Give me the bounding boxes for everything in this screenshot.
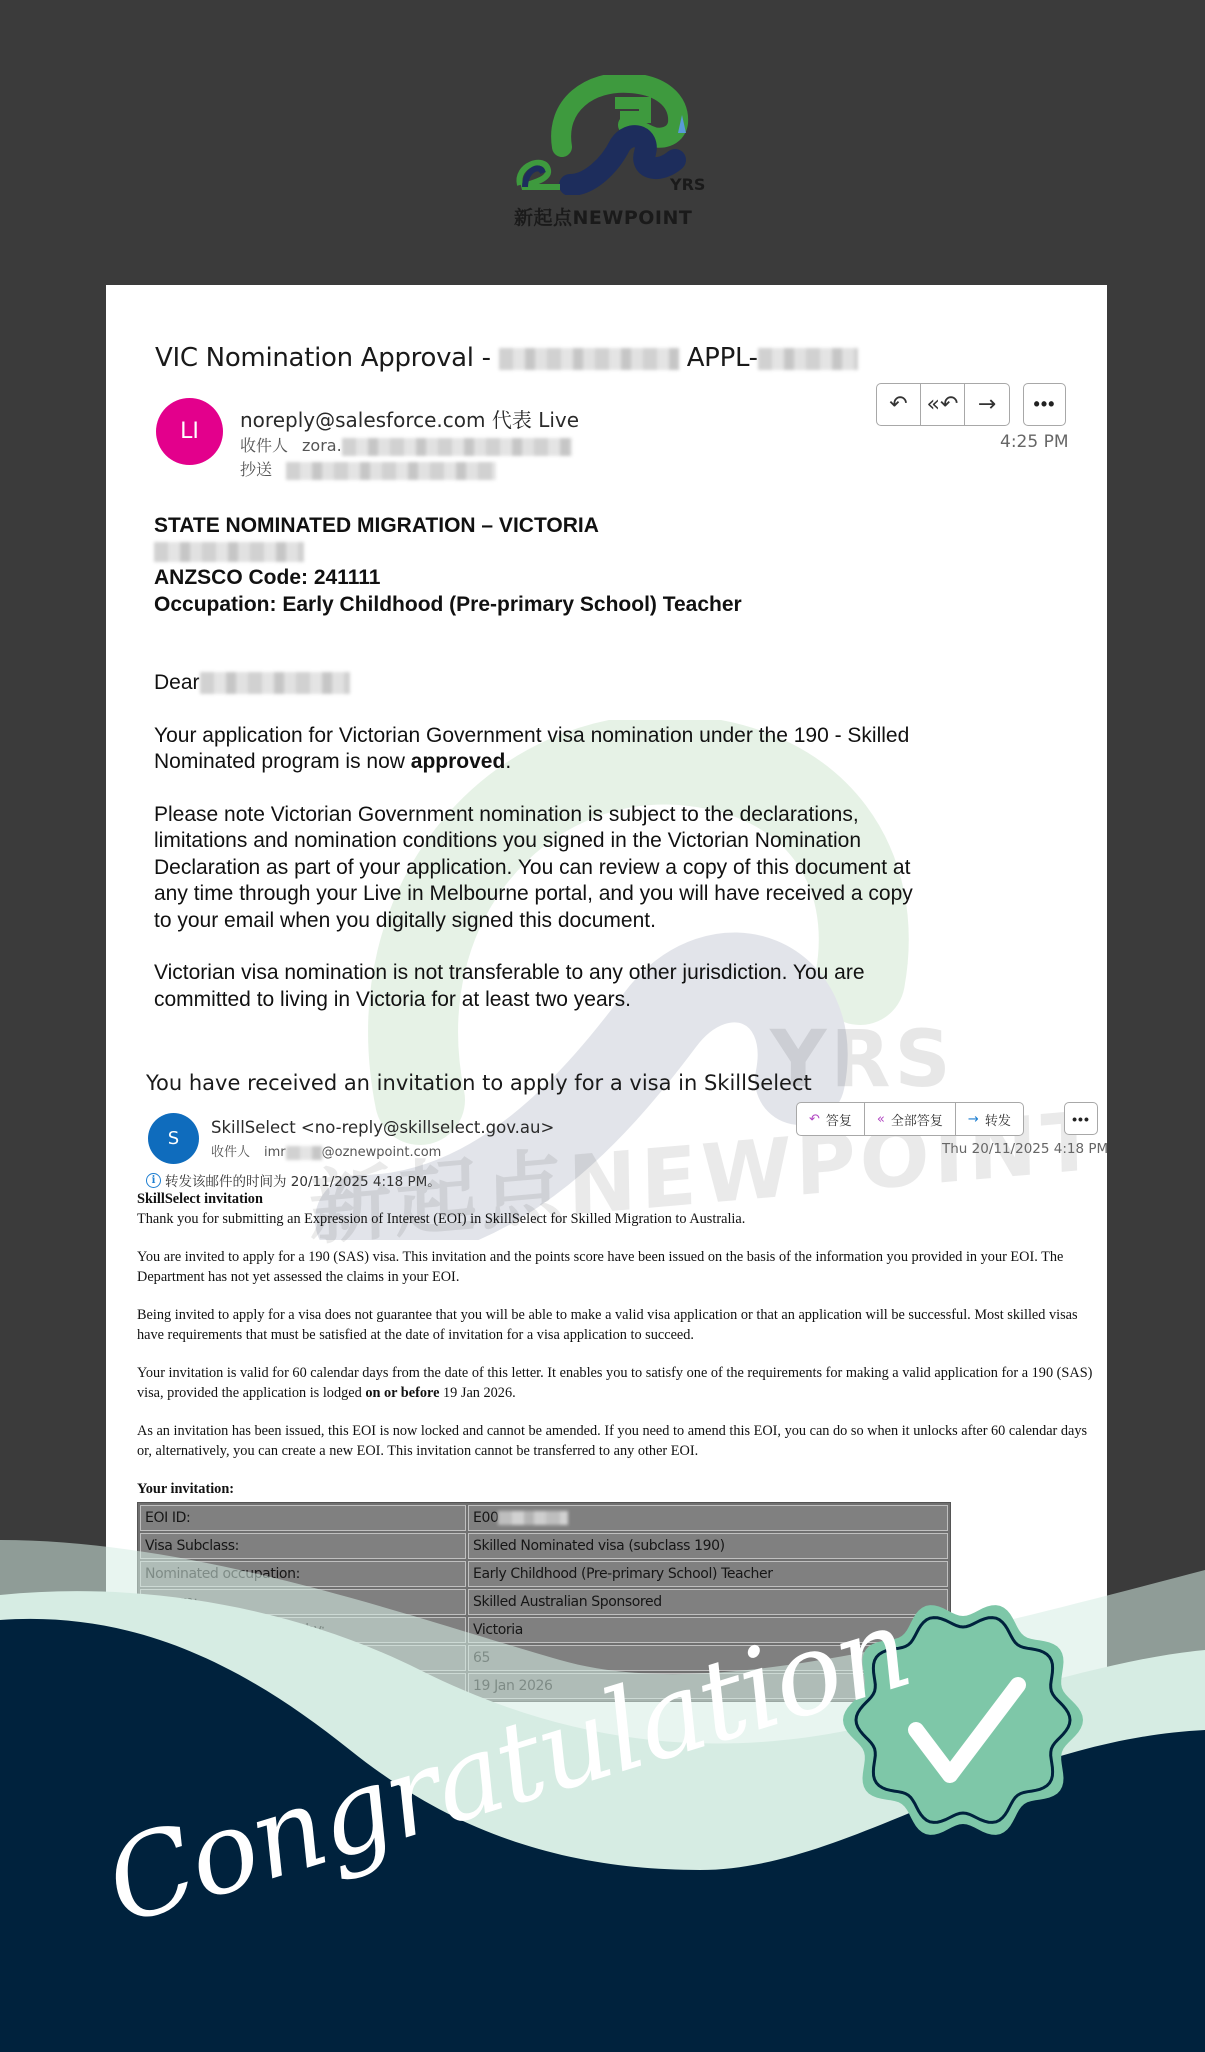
anzsco-code: ANZSCO Code: 241111 xyxy=(154,564,914,591)
invitation-value: Early Childhood (Pre-primary School) Tea… xyxy=(468,1561,948,1587)
email2-recipient: 收件人imr@oznewpoint.com xyxy=(211,1141,441,1160)
email2-action-group: ↶答复 «全部答复 →转发 xyxy=(796,1102,1024,1136)
invitation-row: Nominated occupation:Early Childhood (Pr… xyxy=(140,1561,948,1587)
greeting: Dear xyxy=(154,670,914,697)
redacted-name xyxy=(154,542,304,562)
email1-body: STATE NOMINATED MIGRATION – VICTORIA ANZ… xyxy=(154,512,914,1013)
body-paragraph: As an invitation has been issued, this E… xyxy=(137,1422,1097,1461)
logo-text: 新起点NEWPOINT xyxy=(514,203,692,230)
occupation: Occupation: Early Childhood (Pre-primary… xyxy=(154,591,914,618)
reply-button[interactable]: ↶ xyxy=(877,384,921,425)
reply-icon: ↶ xyxy=(809,1112,820,1127)
sender-avatar: LI xyxy=(156,398,223,465)
forward-button[interactable]: →转发 xyxy=(956,1103,1023,1135)
forward-button[interactable]: → xyxy=(965,384,1009,425)
email2-sender: SkillSelect <no-reply@skillselect.gov.au… xyxy=(211,1118,554,1137)
invitation-key: Visa Subclass: xyxy=(140,1533,466,1559)
reply-button[interactable]: ↶答复 xyxy=(797,1103,865,1135)
newpoint-logo: YRS 新起点NEWPOINT xyxy=(510,75,710,235)
email2-body: SkillSelect invitation Thank you for sub… xyxy=(137,1190,1097,1500)
body-title: SkillSelect invitation xyxy=(137,1190,1097,1210)
jurisdiction-paragraph: Victorian visa nomination is not transfe… xyxy=(154,960,914,1013)
logo-yrs: YRS xyxy=(670,175,705,194)
body-paragraph: Your invitation is valid for 60 calendar… xyxy=(137,1364,1097,1403)
reply-all-icon: « xyxy=(877,1112,885,1127)
email1-time: 4:25 PM xyxy=(1000,432,1069,452)
approval-paragraph: Your application for Victorian Governmen… xyxy=(154,723,914,776)
reply-icon: ↶ xyxy=(889,392,907,417)
reply-all-button[interactable]: «全部答复 xyxy=(865,1103,956,1135)
invitation-value: Skilled Nominated visa (subclass 190) xyxy=(468,1533,948,1559)
conditions-paragraph: Please note Victorian Government nominat… xyxy=(154,802,914,935)
email1-cc: 抄送 xyxy=(240,457,496,480)
forwarded-info: i转发该邮件的时间为 20/11/2025 4:18 PM。 xyxy=(146,1170,441,1190)
invitation-value: E00 xyxy=(468,1505,948,1531)
info-icon: i xyxy=(146,1173,161,1188)
invitation-key: Nominated / Sponsored by: xyxy=(140,1617,466,1643)
reply-all-button[interactable]: «↶ xyxy=(921,384,965,425)
email1-action-group: ↶ «↶ → xyxy=(876,383,1010,426)
invitation-row: EOI ID:E00 xyxy=(140,1505,948,1531)
email2-time: Thu 20/11/2025 4:18 PM xyxy=(942,1141,1108,1157)
reply-all-icon: «↶ xyxy=(927,392,959,417)
email1-recipient: 收件人zora. xyxy=(240,433,572,456)
invitation-key: Indicative Points test score: xyxy=(140,1645,466,1671)
sender-avatar: S xyxy=(148,1113,199,1164)
forward-icon: → xyxy=(968,1112,979,1127)
invitation-title: Your invitation: xyxy=(137,1480,1097,1500)
email1-sender: noreply@salesforce.com 代表 Live xyxy=(240,404,579,433)
body-paragraph: Thank you for submitting an Expression o… xyxy=(137,1210,1097,1230)
email1-subject: VIC Nomination Approval - APPL- xyxy=(155,343,858,373)
invitation-row: Visa Subclass:Skilled Nominated visa (su… xyxy=(140,1533,948,1559)
invitation-key: Visa application can be made by: xyxy=(140,1673,466,1699)
body-paragraph: Being invited to apply for a visa does n… xyxy=(137,1306,1097,1345)
more-actions-button[interactable]: ••• xyxy=(1064,1102,1098,1135)
forward-icon: → xyxy=(978,392,996,417)
invitation-key: Nominated occupation: xyxy=(140,1561,466,1587)
invitation-key: Stream: xyxy=(140,1589,466,1615)
body-paragraph: You are invited to apply for a 190 (SAS)… xyxy=(137,1248,1097,1287)
email2-subject: You have received an invitation to apply… xyxy=(146,1071,812,1095)
nomination-heading: STATE NOMINATED MIGRATION – VICTORIA xyxy=(154,512,914,539)
invitation-key: EOI ID: xyxy=(140,1505,466,1531)
more-actions-button[interactable]: ••• xyxy=(1023,383,1066,426)
